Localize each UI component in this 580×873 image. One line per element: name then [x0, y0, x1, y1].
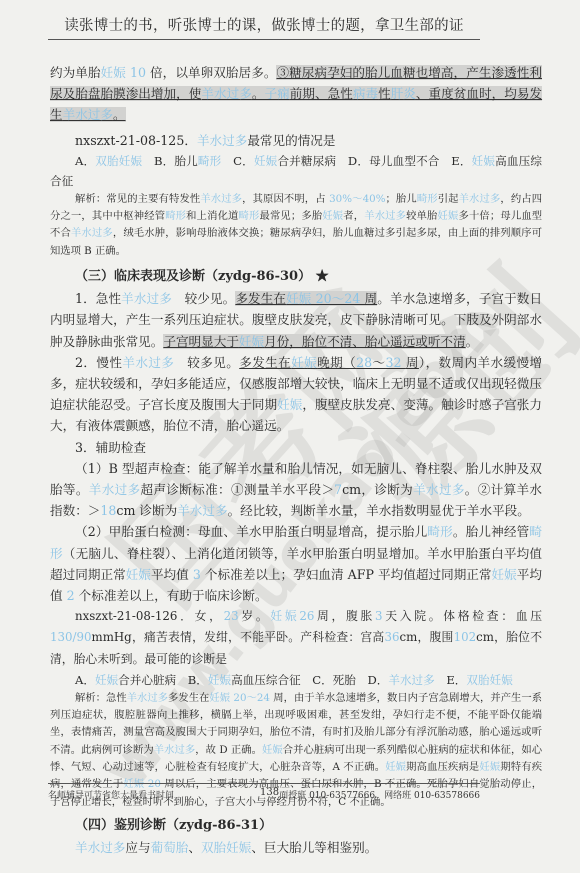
highlighted-term: 妊娠 20～24 [286, 291, 364, 306]
chronic-paragraph: 2．慢性羊水过多 较多见。多发生在妊娠晚期（28～32 周），数周内羊水缓慢增多… [50, 352, 542, 437]
text-run: 解析：急性 [75, 692, 127, 704]
highlighted-term: 羊水过多 [71, 227, 113, 239]
text-run: ，故 D 正确。 [195, 744, 262, 756]
highlighted-term: 病毒 [353, 86, 378, 101]
footer-contact: 面授班 010-63577666 网络班 010-63578666 [279, 788, 480, 801]
text-run: 应与 [125, 840, 150, 855]
text-run: 周，腹胀 [314, 609, 375, 623]
text-run: 倍，以单卵双胎居多。 [146, 65, 277, 80]
question-126-stem: nxszxt-21-08-126．女，23岁。妊娠26周，腹胀3天入院。体格检查… [50, 606, 542, 670]
highlighted-term: 妊娠 20～24 [209, 692, 273, 704]
highlighted-term: 羊水过多 [364, 210, 406, 222]
text-run: 。经比较，判断羊水量，羊水指数明显优于羊水平段。 [228, 503, 530, 518]
text-run: 性 [378, 86, 391, 101]
text-run: mmHg，痛苦表情，发绀，不能平卧。产科检查：宫高 [92, 630, 385, 644]
text-run: cm，腹围 [399, 630, 453, 644]
text-run: 个标准差以上；孕妇血清 AFP 平均值超过同期正常 [201, 567, 492, 582]
highlighted-term: 23 [224, 609, 239, 623]
highlighted-term: 妊娠 [262, 744, 283, 756]
page-number: 138 [260, 787, 279, 798]
highlighted-term: 妊娠 [291, 355, 317, 370]
text-run: A． [75, 154, 95, 168]
highlighted-term: 妊娠 [208, 673, 231, 687]
document-page: 国考网 www.guokao.com 源创 读张博士的书，听张博士的课，做张博士… [0, 0, 580, 873]
text-run: nxszxt-21-08-126．女， [75, 609, 224, 623]
highlighted-term: 子痫 [265, 86, 290, 101]
text-run: cm，诊断为 [342, 482, 413, 497]
highlighted-term: 妊娠 [95, 673, 118, 687]
highlighted-term: 3 [193, 567, 201, 582]
highlighted-term: 妊娠26 [270, 609, 314, 623]
question-125-stem: nxszxt-21-08-125．羊水过多最常见的情况是 [50, 130, 542, 151]
question-125-analysis: 解析：常见的主要有特发性羊水过多，其原因不明，占 30%～40%；胎儿畸形引起羊… [50, 191, 542, 260]
text-run: 。 [113, 107, 126, 122]
text-run: 较多见。 [174, 355, 239, 370]
question-126-options: A．妊娠合并心脏病 B．妊娠高血压综合征 C．死胎 D．羊水过多 E．双胎妊娠 [50, 670, 542, 690]
text-run: C． [221, 154, 254, 168]
highlighted-term: 羊水过多 [200, 193, 242, 205]
highlighted-term: 28 [356, 355, 372, 370]
text-run: 、巨大胎儿等相鉴别。 [251, 840, 377, 855]
highlighted-term: 妊娠 [322, 210, 343, 222]
text-run: 。 [466, 334, 479, 349]
page-footer: 名师辅导可节省您大量看书时间 138 面授班 010-63577666 网络班 … [48, 783, 480, 802]
text-run: 解析：常见的主要有特发性 [75, 193, 200, 205]
highlighted-term: 妊娠 [472, 154, 496, 168]
text-run: 较单胎 [406, 210, 437, 222]
highlighted-term: 羊水过多 [89, 482, 141, 497]
text-run: 子宫明显大于 [163, 334, 239, 349]
text-run: E． [435, 673, 467, 687]
text-run: 。 [252, 86, 265, 101]
highlighted-term: 30%～40% [329, 193, 385, 205]
highlighted-term: 130/90 [50, 630, 92, 644]
text-run: ～ [372, 355, 385, 370]
highlighted-term: 畸形 [165, 210, 186, 222]
highlighted-term: 32 [385, 355, 405, 370]
highlighted-term: 2 [67, 588, 75, 603]
text-run: 合并心脏病 B． [118, 673, 208, 687]
highlighted-term: 羊水过多 [177, 503, 227, 518]
highlighted-term: 葡萄胎 [151, 840, 189, 855]
highlighted-term: 羊水过多 [63, 107, 113, 122]
text-run: ，绒毛水肿，影响母胎液体交换；糖尿病孕妇，胎儿血糖过多引起多尿，由上面的排列顺序… [50, 227, 542, 256]
text-run: 。胎儿神经管 [453, 524, 530, 539]
text-run: 1．急性 [75, 291, 121, 306]
text-run: 、 [188, 840, 201, 855]
section-3-title: （三）临床表现及诊断（zydg-86-30） [75, 269, 311, 284]
highlighted-term: 羊水过多 [413, 482, 465, 497]
highlighted-term: 双胎妊娠 [466, 673, 512, 687]
highlighted-term: 妊娠 [492, 567, 517, 582]
text-run: ，其原因不明，占 [242, 193, 329, 205]
text-run: 平均值 [151, 567, 193, 582]
highlighted-term: 畸形 [239, 210, 260, 222]
highlighted-term: 7 [334, 482, 342, 497]
star-icon: ★ [316, 269, 329, 284]
text-run: 者， [343, 210, 364, 222]
text-run: 多发生在 [235, 291, 286, 306]
text-run: 较少见。 [172, 291, 235, 306]
text-run: 最常见；多胎 [259, 210, 322, 222]
text-run: 最常见的情况是 [247, 133, 335, 148]
highlighted-term: 双胎妊娠 [95, 154, 142, 168]
text-run: 合并糖尿病 D．母儿血型不合 E． [277, 154, 471, 168]
intro-paragraph: 约为单胎妊娠 10 倍，以单卵双胎居多。③糖尿病孕妇的胎儿血糖也增高，产生渗透性… [50, 62, 542, 126]
highlighted-term: 羊水过多 [201, 86, 251, 101]
text-run: 高血压综合征 C．死胎 D． [231, 673, 388, 687]
text-run: B．胎儿 [142, 154, 198, 168]
highlighted-term: 肝炎 [391, 86, 416, 101]
text-run: 超声诊断标准：①测量羊水平段＞ [140, 482, 334, 497]
text-run: 晚期（ [317, 355, 356, 370]
highlighted-term: 妊娠 [254, 154, 278, 168]
aux-exam-title: 3．辅助检查 [50, 437, 542, 458]
highlighted-term: 双胎妊娠 [201, 840, 251, 855]
section-4-heading: （四）鉴别诊断（zydg-86-31） [50, 815, 542, 836]
highlighted-term: 妊娠 [479, 761, 500, 773]
text-run: 月份，胎位不清、胎心遥远或听不清 [264, 334, 466, 349]
highlighted-term: 妊娠 [385, 761, 406, 773]
highlighted-term: 羊水过多 [122, 355, 174, 370]
highlighted-term: 3 [375, 609, 383, 623]
page-content: 约为单胎妊娠 10 倍，以单卵双胎居多。③糖尿病孕妇的胎儿血糖也增高，产生渗透性… [50, 62, 542, 858]
text-run: 约为单胎 [50, 65, 101, 80]
highlighted-term: 羊水过多 [388, 673, 434, 687]
text-run: nxszxt-21-08-125． [75, 133, 197, 148]
text-run: （2）甲胎蛋白检测：母血、羊水甲胎蛋白明显增高，提示胎儿 [75, 524, 427, 539]
highlighted-term: 畸形 [198, 154, 222, 168]
text-run: 周 [365, 291, 378, 306]
highlighted-term: 妊娠 10 [101, 65, 146, 80]
text-run: 引起 [438, 193, 459, 205]
question-125-options: A．双胎妊娠 B．胎儿畸形 C．妊娠合并糖尿病 D．母儿血型不合 E．妊娠高血压… [50, 151, 542, 191]
text-run: 和上消化道 [186, 210, 238, 222]
highlighted-term: 羊水过多 [154, 744, 196, 756]
text-run: 个标准差以上，有助于临床诊断。 [75, 588, 268, 603]
highlighted-term: 36 [384, 630, 399, 644]
text-run: 天入院。体格检查：血压 [383, 609, 542, 623]
differential-paragraph: 羊水过多应与葡萄胎、双胎妊娠、巨大胎儿等相鉴别。 [50, 837, 542, 858]
text-run: 期高血压疾病是 [406, 761, 479, 773]
highlighted-term: 羊水过多 [127, 692, 168, 704]
text-run: 周 [406, 355, 419, 370]
text-run: 多发生在 [239, 355, 291, 370]
highlighted-term: 妊娠 [277, 397, 302, 412]
text-run: 2．慢性 [75, 355, 122, 370]
highlighted-term: 羊水过多 [75, 840, 125, 855]
highlighted-term: 妊娠 [126, 567, 151, 582]
afp-paragraph: （2）甲胎蛋白检测：母血、羊水甲胎蛋白明显增高，提示胎儿畸形。胎儿神经管畸形（无… [50, 521, 542, 606]
highlighted-term: 羊水过多 [459, 193, 501, 205]
highlighted-term: 羊水过多 [121, 291, 172, 306]
running-header: 读张博士的书，听张博士的课，做张博士的题，拿卫生部的证 [48, 14, 480, 40]
text-run: 多发生在 [168, 692, 209, 704]
acute-paragraph: 1．急性羊水过多 较少见。多发生在妊娠 20～24 周。羊水急速增多，子宫于数日… [50, 288, 542, 352]
text-run: cm 诊断为 [116, 503, 177, 518]
text-run: 前期、急性 [290, 86, 353, 101]
text-run: ；胎儿 [385, 193, 416, 205]
text-run: A． [75, 673, 95, 687]
section-3-heading: （三）临床表现及诊断（zydg-86-30） ★ [50, 266, 542, 287]
highlighted-term: 18 [100, 503, 116, 518]
footer-slogan: 名师辅导可节省您大量看书时间 [48, 788, 174, 801]
highlighted-term: 畸形 [427, 524, 453, 539]
highlighted-term: 102 [454, 630, 477, 644]
text-run: 岁。 [239, 609, 271, 623]
highlighted-term: 妊娠 [438, 210, 459, 222]
highlighted-term: 畸形 [417, 193, 438, 205]
highlighted-term: 羊水过多 [197, 133, 247, 148]
highlighted-term: 妊娠 [239, 334, 264, 349]
ultrasound-paragraph: （1）B 型超声检查：能了解羊水量和胎儿情况，如无脑儿、脊柱裂、胎儿水肿及双胎等… [50, 458, 542, 522]
